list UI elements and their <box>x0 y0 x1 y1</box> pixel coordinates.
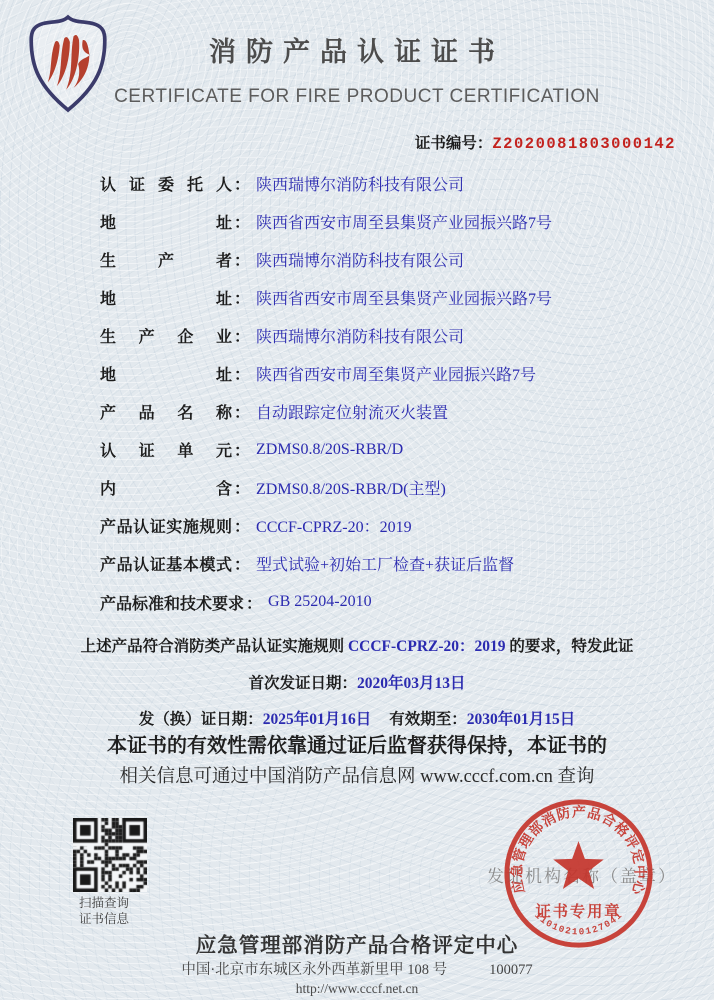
certificate-page: 消防产品认证证书 CERTIFICATE FOR FIRE PRODUCT CE… <box>0 0 714 1000</box>
field-colon: ： <box>234 324 250 347</box>
first-issue-date: 2020年03月13日 <box>357 675 466 692</box>
valid-until-date: 2030年01月15日 <box>467 711 576 728</box>
field-value: 陕西省西安市周至集贤产业园振兴路7号 <box>256 362 536 385</box>
field-label: 产品认证实施规则 <box>100 514 232 537</box>
field-label: 认证单元 <box>100 438 232 461</box>
field-colon: ： <box>234 362 250 385</box>
qr-caption-line1: 扫描查询 <box>79 895 149 911</box>
field-value: ZDMS0.8/20S-RBR/D(主型) <box>256 476 446 499</box>
field-colon: ： <box>234 286 250 309</box>
qr-caption-line2: 证书信息 <box>79 911 149 927</box>
field-value: ZDMS0.8/20S-RBR/D <box>256 441 403 459</box>
field-row-address-3: 地址：陕西省西安市周至集贤产业园振兴路7号 <box>100 354 678 392</box>
field-label: 地址 <box>100 286 232 309</box>
field-row-product-name: 产品名称：自动跟踪定位射流灭火装置 <box>100 393 678 431</box>
field-colon: ： <box>234 400 250 423</box>
certificate-number-value: Z2020081803000142 <box>492 135 676 153</box>
field-colon: ： <box>234 552 250 575</box>
statement-text-end: 的要求，特发此证 <box>506 638 634 655</box>
certificate-number-label: 证书编号： <box>415 135 493 152</box>
field-value: CCCF-CPRZ-20：2019 <box>256 514 412 537</box>
field-row-manufacturer: 生产企业：陕西瑞博尔消防科技有限公司 <box>100 316 678 354</box>
qr-code <box>73 818 147 892</box>
reissue-date: 2025年01月16日 <box>263 711 372 728</box>
field-value: 型式试验+初始工厂检查+获证后监督 <box>256 552 514 575</box>
validity-notice-line2: 相关信息可通过中国消防产品信息网 www.cccf.com.cn 查询 <box>0 762 714 788</box>
certificate-title-cn: 消防产品认证证书 <box>0 30 714 69</box>
conformity-statement: 上述产品符合消防类产品认证实施规则 CCCF-CPRZ-20：2019 的要求，… <box>0 634 714 656</box>
field-value: GB 25204-2010 <box>268 593 372 611</box>
statement-rule-code: CCCF-CPRZ-20：2019 <box>348 638 506 655</box>
field-value: 陕西省西安市周至县集贤产业园振兴路7号 <box>256 210 552 233</box>
field-label: 产品认证基本模式 <box>100 552 232 575</box>
field-row-certification-mode: 产品认证基本模式：型式试验+初始工厂检查+获证后监督 <box>100 545 678 583</box>
field-label: 地址 <box>100 210 232 233</box>
field-row-included-models: 内含：ZDMS0.8/20S-RBR/D(主型) <box>100 469 678 507</box>
field-row-address-2: 地址：陕西省西安市周至县集贤产业园振兴路7号 <box>100 278 678 316</box>
certificate-fields: 认证委托人：陕西瑞博尔消防科技有限公司 地址：陕西省西安市周至县集贤产业园振兴路… <box>100 164 678 621</box>
validity-notice-line1: 本证书的有效性需依靠通过证后监督获得保持，本证书的 <box>0 729 714 758</box>
footer-postcode: 100077 <box>489 962 533 978</box>
field-value: 陕西瑞博尔消防科技有限公司 <box>256 324 464 347</box>
first-issue-label: 首次发证日期： <box>248 675 357 692</box>
field-row-cert-unit: 认证单元：ZDMS0.8/20S-RBR/D <box>100 431 678 469</box>
official-seal: 应急管理部消防产品合格评定中心 证书专用章 11010210127041 <box>500 795 657 952</box>
first-issue-date-line: 首次发证日期：2020年03月13日 <box>0 671 714 693</box>
field-label: 产品标准和技术要求 <box>100 591 244 614</box>
field-colon: ： <box>246 591 262 614</box>
seal-star-icon <box>553 841 603 889</box>
field-value: 陕西省西安市周至县集贤产业园振兴路7号 <box>256 286 552 309</box>
footer-address: 中国·北京市东城区永外西革新里甲 108 号 <box>181 962 447 978</box>
field-row-implementation-rule: 产品认证实施规则：CCCF-CPRZ-20：2019 <box>100 507 678 545</box>
valid-until-label: 有效期至： <box>389 711 467 728</box>
field-label: 生产企业 <box>100 324 232 347</box>
qr-block: 扫描查询 证书信息 <box>73 818 149 927</box>
field-row-producer: 生产者：陕西瑞博尔消防科技有限公司 <box>100 240 678 278</box>
field-colon: ： <box>234 438 250 461</box>
statement-text: 上述产品符合消防类产品认证实施规则 <box>81 638 348 655</box>
footer-address-line: 中国·北京市东城区永外西革新里甲 108 号100077 <box>0 958 714 979</box>
reissue-label: 发（换）证日期： <box>139 711 263 728</box>
certificate-title-en: CERTIFICATE FOR FIRE PRODUCT CERTIFICATI… <box>0 86 714 108</box>
reissue-date-line: 发（换）证日期：2025年01月16日有效期至：2030年01月15日 <box>0 707 714 729</box>
field-value: 陕西瑞博尔消防科技有限公司 <box>256 248 464 271</box>
field-row-product-standard: 产品标准和技术要求：GB 25204-2010 <box>100 583 678 621</box>
field-label: 内含 <box>100 476 232 499</box>
field-colon: ： <box>234 210 250 233</box>
field-colon: ： <box>234 476 250 499</box>
field-label: 地址 <box>100 362 232 385</box>
field-value: 陕西瑞博尔消防科技有限公司 <box>256 172 464 195</box>
footer-website: http://www.cccf.net.cn <box>0 981 714 997</box>
certificate-number-line: 证书编号：Z2020081803000142 <box>415 131 676 153</box>
field-colon: ： <box>234 248 250 271</box>
field-value: 自动跟踪定位射流灭火装置 <box>256 400 448 423</box>
field-row-applicant: 认证委托人：陕西瑞博尔消防科技有限公司 <box>100 164 678 202</box>
field-colon: ： <box>234 514 250 537</box>
field-label: 产品名称 <box>100 400 232 423</box>
field-label: 认证委托人 <box>100 172 232 195</box>
field-colon: ： <box>234 172 250 195</box>
field-label: 生产者 <box>100 248 232 271</box>
field-row-address-1: 地址：陕西省西安市周至县集贤产业园振兴路7号 <box>100 202 678 240</box>
